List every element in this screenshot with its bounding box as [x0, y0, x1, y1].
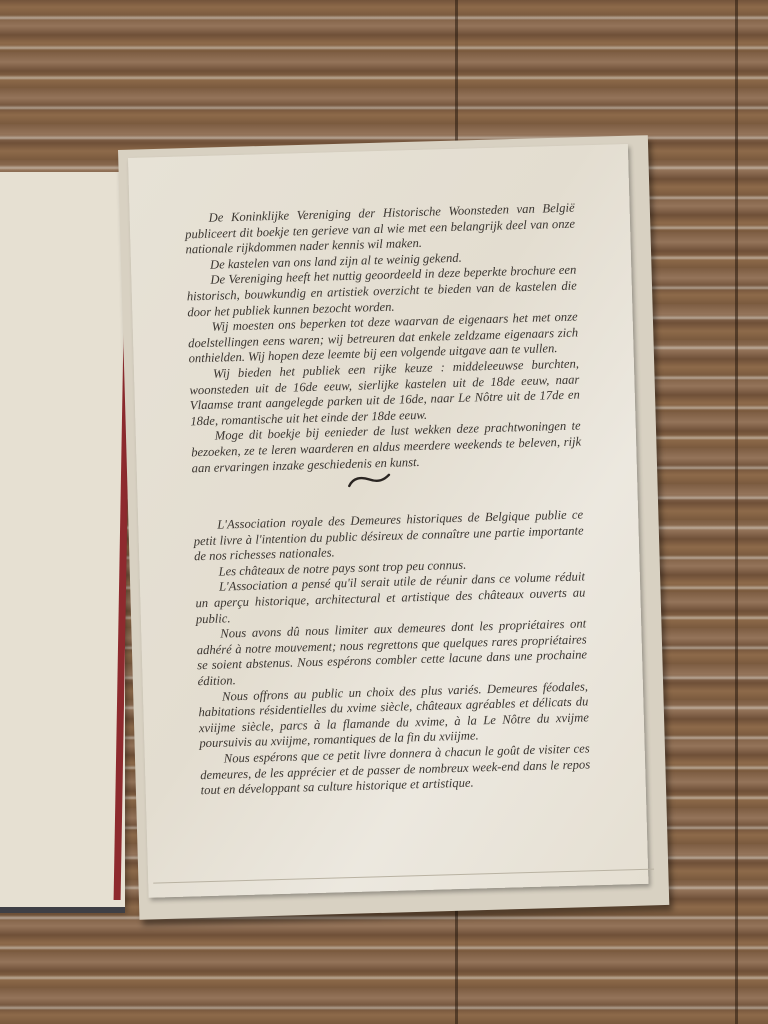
table-plank-seam [735, 0, 738, 1024]
french-paragraph: Nous avons dû nous limiter aux demeures … [196, 617, 588, 690]
french-paragraph: Nous espérons que ce petit livre donnera… [200, 741, 591, 799]
french-paragraph: Nous offrons au public un choix des plus… [198, 679, 590, 752]
booklet-page: De Koninklijke Vereniging der Historisch… [128, 144, 648, 898]
french-introduction: L'Association royale des Demeures histor… [193, 507, 591, 798]
page-fold-line [153, 869, 654, 884]
dutch-introduction: De Koninklijke Vereniging der Historisch… [185, 201, 582, 477]
left-book-page [0, 172, 125, 907]
swash-ornament-icon [347, 473, 391, 488]
dutch-paragraph: Moge dit boekje bij eenieder de lust wek… [191, 419, 582, 477]
book-cover-edge [0, 907, 125, 913]
dutch-paragraph: Wij bieden het publiek een rijke keuze :… [189, 356, 581, 429]
